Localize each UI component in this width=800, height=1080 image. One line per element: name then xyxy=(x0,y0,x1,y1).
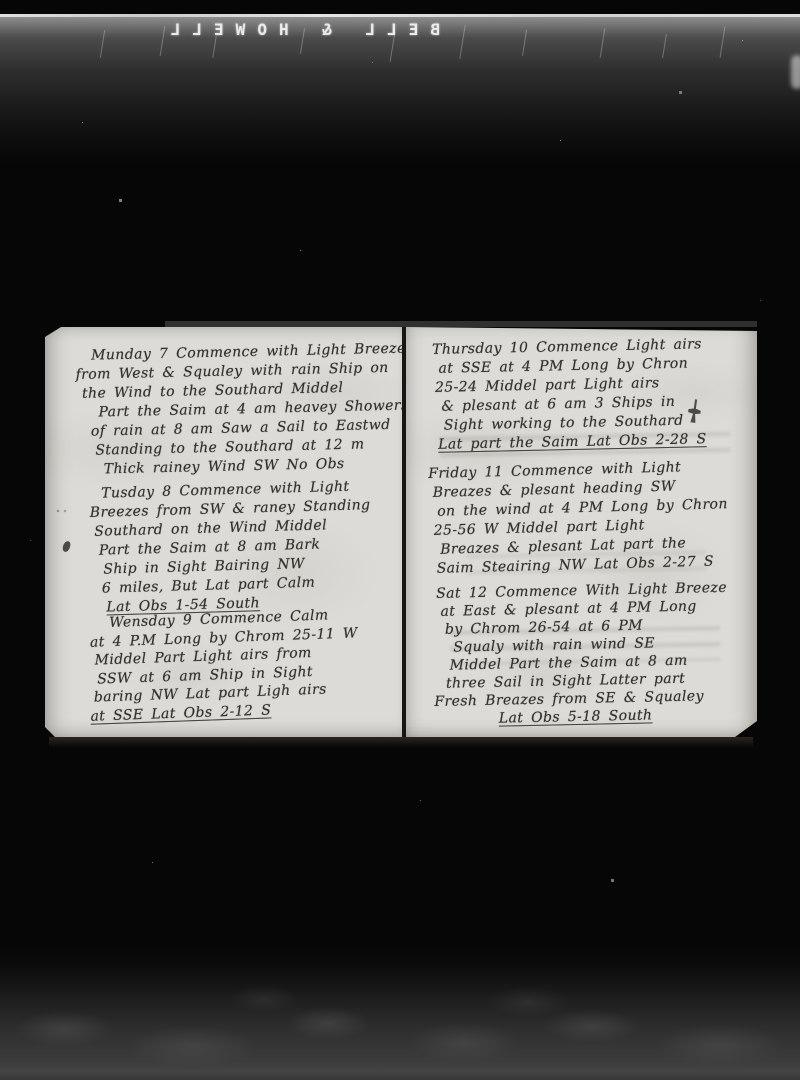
log-entry-monday-7: Munday 7 Commence with Light Breezesfrom… xyxy=(75,340,393,480)
ink-blot xyxy=(62,540,71,552)
film-dust-specks xyxy=(0,0,1,1)
logbook-spread: Munday 7 Commence with Light Breezesfrom… xyxy=(45,327,757,737)
film-edge-flaw xyxy=(791,55,800,89)
logbook-page-left: Munday 7 Commence with Light Breezesfrom… xyxy=(45,327,403,737)
film-brand-mirrored-text: BELL & HOWELL xyxy=(88,20,440,40)
log-entry-thursday-10: Thursday 10 Commence Light airsat SSE at… xyxy=(428,334,755,455)
microfilm-frame: BELL & HOWELL Munday 7 Commence with Lig… xyxy=(0,0,800,1080)
margin-ink-dots xyxy=(55,509,69,513)
log-entry-wednesday-9: Wensday 9 Commence Calmat 4 P.M Long by … xyxy=(81,604,390,726)
logbook-page-right: Thursday 10 Commence Light airsat SSE at… xyxy=(406,327,757,737)
film-bottom-gradient-band xyxy=(0,945,800,1080)
log-entry-tuesday-8: Tusday 8 Commence with LightBreezes from… xyxy=(87,476,396,617)
log-entry-saturday-12: Sat 12 Commence With Light Breezeat East… xyxy=(432,578,757,729)
log-entry-friday-11: Friday 11 Commence with LightBreazes & p… xyxy=(428,456,759,579)
